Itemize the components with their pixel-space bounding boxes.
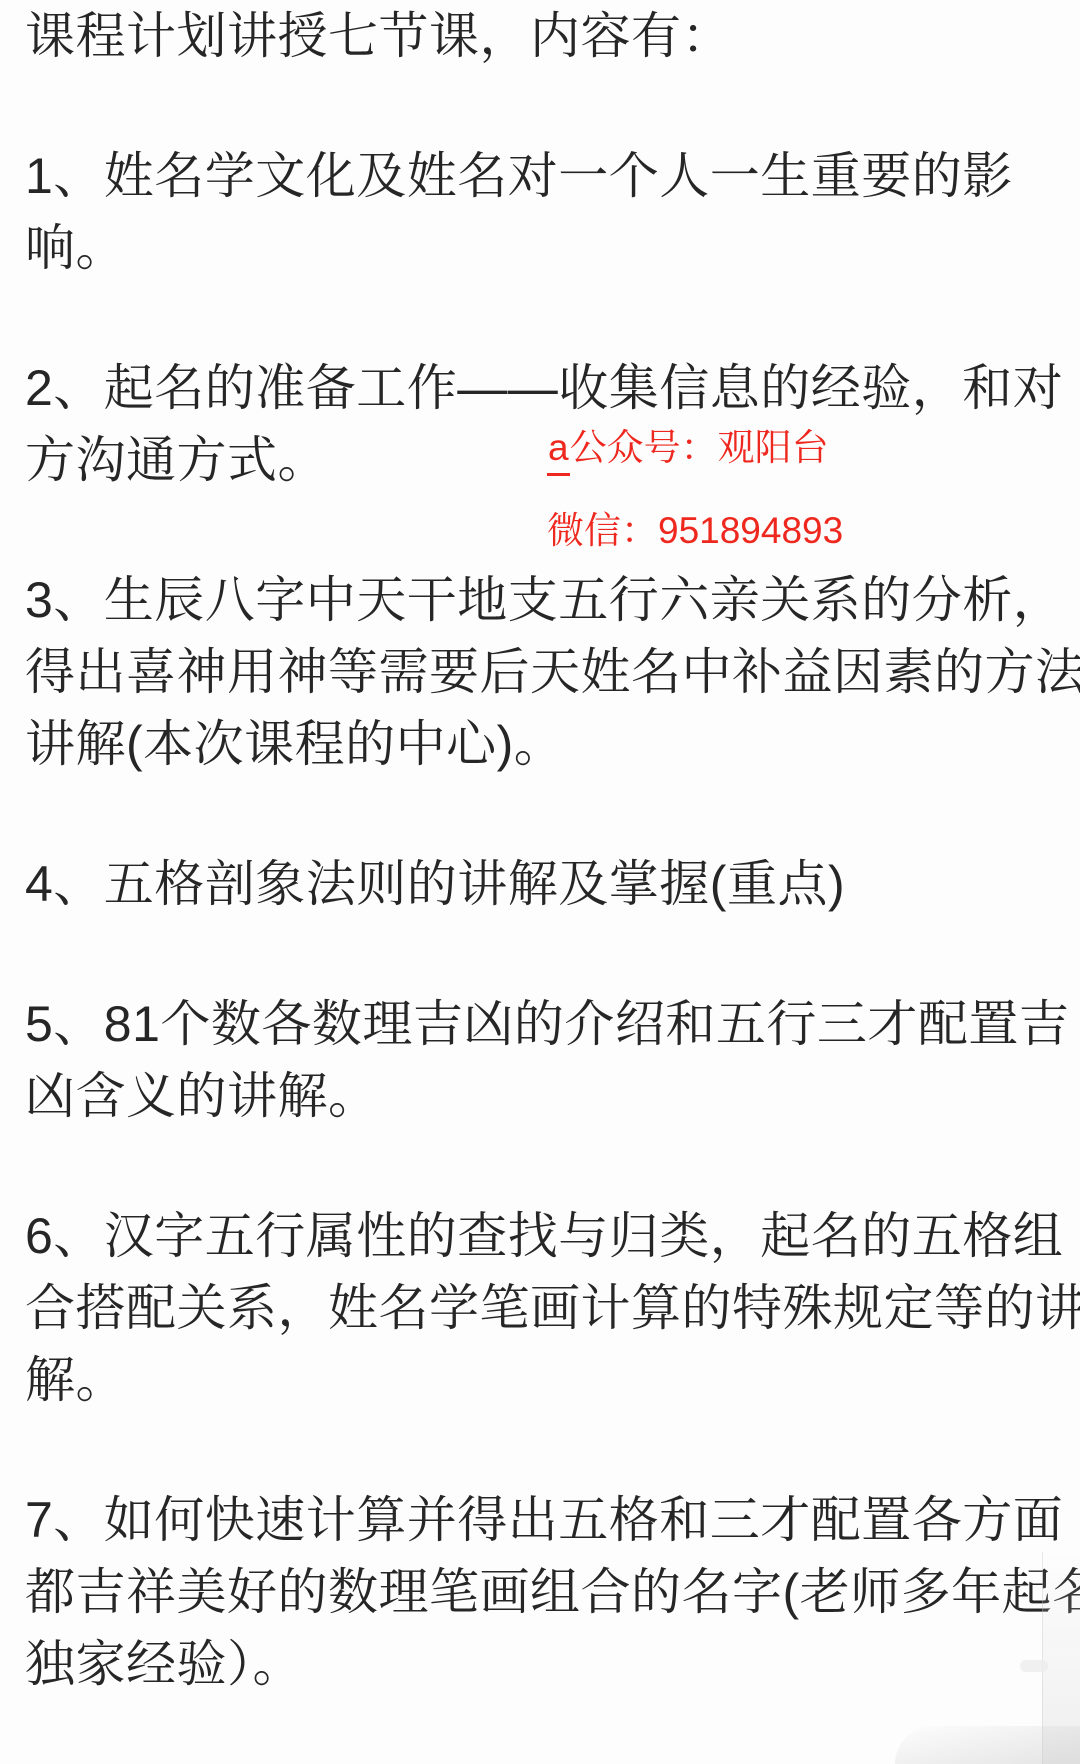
watermark-wechat-line: 微信：951894893	[547, 507, 843, 555]
text-line: 1、姓名学文化及姓名对一个人一生重要的影	[25, 140, 1065, 212]
text-line: 独家经验）。	[25, 1628, 1065, 1700]
course-item-1: 1、姓名学文化及姓名对一个人一生重要的影 响。	[25, 140, 1065, 284]
course-item-5: 5、81个数各数理吉凶的介绍和五行三才配置吉 凶含义的讲解。	[25, 988, 1065, 1132]
text-line: 解。	[25, 1344, 1065, 1416]
text-line: 7、如何快速计算并得出五格和三才配置各方面	[25, 1484, 1065, 1556]
page-corner-shade	[895, 1726, 1080, 1764]
course-item-4: 4、五格剖象法则的讲解及掌握(重点)	[25, 848, 1065, 920]
watermark-underlined-a: a	[547, 424, 570, 476]
text-line: 合搭配关系，姓名学笔画计算的特殊规定等的讲	[25, 1272, 1065, 1344]
text-line: 3、生辰八字中天干地支五行六亲关系的分析，	[25, 564, 1065, 636]
course-plan-heading: 课程计划讲授七节课，内容有：	[25, 0, 1065, 72]
text-line: 4、五格剖象法则的讲解及掌握(重点)	[25, 848, 1065, 920]
course-item-3: 3、生辰八字中天干地支五行六亲关系的分析， 得出喜神用神等需要后天姓名中补益因素…	[25, 564, 1065, 780]
heading-line: 课程计划讲授七节课，内容有：	[25, 0, 1065, 72]
course-item-7: 7、如何快速计算并得出五格和三才配置各方面 都吉祥美好的数理笔画组合的名字(老师…	[25, 1484, 1065, 1700]
text-line: 凶含义的讲解。	[25, 1060, 1065, 1132]
text-line: 2、起名的准备工作——收集信息的经验，和对	[25, 352, 1065, 424]
text-line: 6、汉字五行属性的查找与归类，起名的五格组	[25, 1200, 1065, 1272]
red-watermark: a公众号：观阳台 微信：951894893	[547, 424, 843, 555]
course-item-2: 2、起名的准备工作——收集信息的经验，和对 方沟通方式。	[25, 352, 1065, 496]
text-line: 得出喜神用神等需要后天姓名中补益因素的方法	[25, 636, 1065, 708]
text-line: 方沟通方式。	[25, 424, 1065, 496]
document-body: 课程计划讲授七节课，内容有： 1、姓名学文化及姓名对一个人一生重要的影 响。 2…	[25, 0, 1065, 1700]
text-line: 5、81个数各数理吉凶的介绍和五行三才配置吉	[25, 988, 1065, 1060]
text-line: 都吉祥美好的数理笔画组合的名字(老师多年起名	[25, 1556, 1065, 1628]
scanned-document-page: 课程计划讲授七节课，内容有： 1、姓名学文化及姓名对一个人一生重要的影 响。 2…	[0, 0, 1080, 1764]
watermark-account-line: a公众号：观阳台	[547, 424, 843, 476]
watermark-account-text: 公众号：观阳台	[570, 427, 829, 468]
text-line: 响。	[25, 212, 1065, 284]
scan-smudge	[1020, 1660, 1048, 1672]
text-line: 讲解(本次课程的中心)。	[25, 708, 1065, 780]
course-item-6: 6、汉字五行属性的查找与归类，起名的五格组 合搭配关系，姓名学笔画计算的特殊规定…	[25, 1200, 1065, 1416]
